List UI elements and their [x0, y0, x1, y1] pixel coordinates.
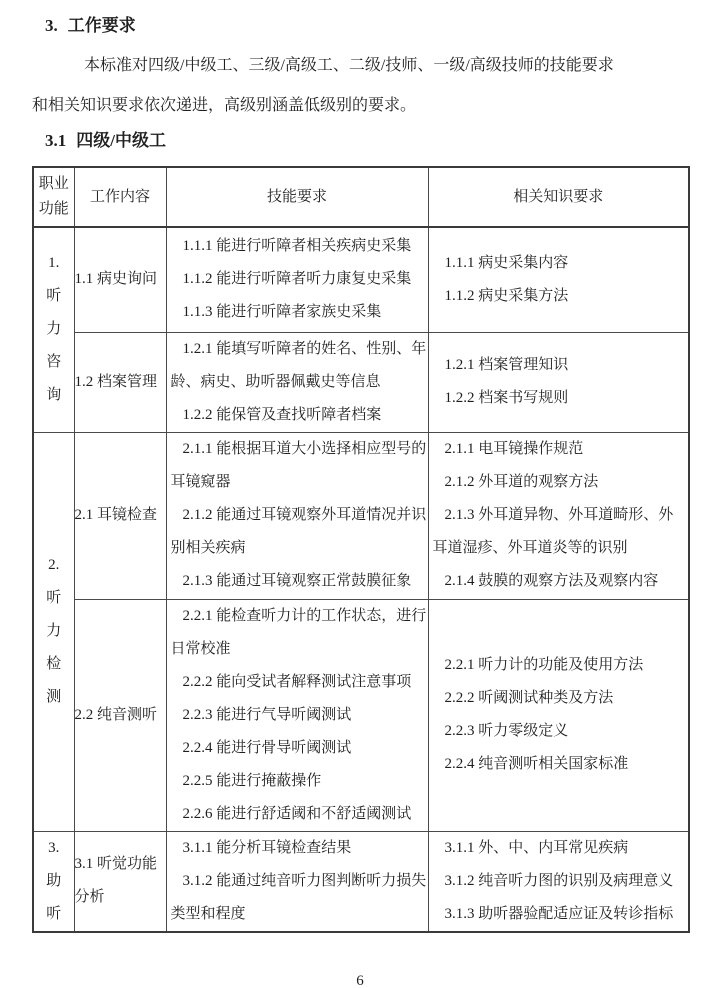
- skill-item: 1.1.3 能进行听障者家族史采集: [167, 296, 428, 329]
- knowledge-item: 2.1.1 电耳镜操作规范: [429, 433, 689, 466]
- function-char: 听: [34, 280, 74, 313]
- table-row: 2. 听 力 检 测 2.1 耳镜检查 2.1.1 能根据耳道大小选择相应型号的…: [33, 432, 689, 599]
- function-char: 听: [34, 582, 74, 615]
- table-row: 3. 助 听 3.1 听觉功能分析 3.1.1 能分析耳镜检查结果 3.1.2 …: [33, 831, 689, 932]
- skill-item: 2.2.3 能进行气导听阈测试: [167, 699, 428, 732]
- function-char: 询: [34, 379, 74, 412]
- subsection-heading-number: 3.1: [45, 131, 66, 150]
- knowledge-item: 1.2.1 档案管理知识: [429, 349, 689, 382]
- table-row: 1. 听 力 咨 询 1.1 病史询问 1.1.1 能进行听障者相关疾病史采集 …: [33, 227, 689, 332]
- skill-item: 2.2.6 能进行舒适阈和不舒适阈测试: [167, 798, 428, 831]
- header-knowledge-requirements: 相关知识要求: [428, 167, 689, 227]
- knowledge-item: 1.2.2 档案书写规则: [429, 382, 689, 415]
- function-char: 力: [34, 313, 74, 346]
- knowledge-item: 2.1.4 鼓膜的观察方法及观察内容: [429, 565, 689, 598]
- knowledge-item: 2.2.1 听力计的功能及使用方法: [429, 649, 689, 682]
- skills-cell-2-1: 2.1.1 能根据耳道大小选择相应型号的耳镜窥器 2.1.2 能通过耳镜观察外耳…: [166, 432, 428, 599]
- skills-cell-3-1: 3.1.1 能分析耳镜检查结果 3.1.2 能通过纯音听力图判断听力损失类型和程…: [166, 831, 428, 932]
- skill-item: 2.2.5 能进行掩蔽操作: [167, 765, 428, 798]
- knowledge-item: 2.1.3 外耳道异物、外耳道畸形、外耳道湿疹、外耳道炎等的识别: [429, 499, 689, 565]
- function-cell-2: 2. 听 力 检 测: [33, 432, 74, 831]
- knowledge-item: 3.1.1 外、中、内耳常见疾病: [429, 832, 689, 865]
- skills-cell-1-1: 1.1.1 能进行听障者相关疾病史采集 1.1.2 能进行听障者听力康复史采集 …: [166, 227, 428, 332]
- knowledge-cell-2-1: 2.1.1 电耳镜操作规范 2.1.2 外耳道的观察方法 2.1.3 外耳道异物…: [428, 432, 689, 599]
- function-number: 2.: [34, 549, 74, 582]
- function-number: 1.: [34, 247, 74, 280]
- requirements-table: 职业功能 工作内容 技能要求 相关知识要求 1. 听 力 咨 询 1.1 病史询…: [32, 166, 690, 933]
- section-heading: 3.工作要求: [45, 14, 688, 38]
- skill-item: 2.2.1 能检查听力计的工作状态，进行日常校准: [167, 600, 428, 666]
- function-char: 力: [34, 615, 74, 648]
- knowledge-cell-3-1: 3.1.1 外、中、内耳常见疾病 3.1.2 纯音听力图的识别及病理意义 3.1…: [428, 831, 689, 932]
- document-page: 3.工作要求 本标准对四级/中级工、三级/高级工、二级/技师、一级/高级技师的技…: [0, 0, 720, 988]
- task-cell-1-2: 1.2 档案管理: [74, 332, 166, 432]
- header-work-content: 工作内容: [74, 167, 166, 227]
- skill-item: 3.1.1 能分析耳镜检查结果: [167, 832, 428, 865]
- function-cell-1: 1. 听 力 咨 询: [33, 227, 74, 432]
- knowledge-cell-1-1: 1.1.1 病史采集内容 1.1.2 病史采集方法: [428, 227, 689, 332]
- skill-item: 2.1.1 能根据耳道大小选择相应型号的耳镜窥器: [167, 433, 428, 499]
- skill-item: 2.1.2 能通过耳镜观察外耳道情况并识别相关疾病: [167, 499, 428, 565]
- table-header-row: 职业功能 工作内容 技能要求 相关知识要求: [33, 167, 689, 227]
- subsection-heading: 3.1四级/中级工: [45, 128, 688, 154]
- function-cell-3: 3. 助 听: [33, 831, 74, 932]
- section-heading-number: 3.: [45, 16, 58, 35]
- knowledge-cell-1-2: 1.2.1 档案管理知识 1.2.2 档案书写规则: [428, 332, 689, 432]
- intro-paragraph: 本标准对四级/中级工、三级/高级工、二级/技师、一级/高级技师的技能要求 和相关…: [32, 46, 688, 126]
- function-char: 听: [34, 898, 74, 931]
- skill-item: 1.1.1 能进行听障者相关疾病史采集: [167, 230, 428, 263]
- header-skill-requirements: 技能要求: [166, 167, 428, 227]
- task-cell-3-1: 3.1 听觉功能分析: [74, 831, 166, 932]
- function-char: 测: [34, 681, 74, 714]
- skills-cell-1-2: 1.2.1 能填写听障者的姓名、性别、年龄、病史、助听器佩戴史等信息 1.2.2…: [166, 332, 428, 432]
- knowledge-item: 2.2.2 听阈测试种类及方法: [429, 682, 689, 715]
- skill-item: 2.2.2 能向受试者解释测试注意事项: [167, 666, 428, 699]
- subsection-heading-title: 四级/中级工: [76, 131, 166, 150]
- table-row: 2.2 纯音测听 2.2.1 能检查听力计的工作状态，进行日常校准 2.2.2 …: [33, 599, 689, 831]
- skill-item: 2.1.3 能通过耳镜观察正常鼓膜征象: [167, 565, 428, 598]
- function-char: 检: [34, 648, 74, 681]
- header-occupational-function: 职业功能: [33, 167, 74, 227]
- knowledge-item: 1.1.2 病史采集方法: [429, 280, 689, 313]
- intro-line-1: 本标准对四级/中级工、三级/高级工、二级/技师、一级/高级技师的技能要求: [32, 46, 688, 86]
- knowledge-item: 2.2.4 纯音测听相关国家标准: [429, 748, 689, 781]
- skill-item: 1.2.2 能保管及查找听障者档案: [167, 399, 428, 432]
- skill-item: 1.1.2 能进行听障者听力康复史采集: [167, 263, 428, 296]
- knowledge-item: 2.2.3 听力零级定义: [429, 715, 689, 748]
- intro-line-2: 和相关知识要求依次递进，高级别涵盖低级别的要求。: [32, 86, 688, 126]
- knowledge-item: 1.1.1 病史采集内容: [429, 247, 689, 280]
- knowledge-item: 3.1.3 助听器验配适应证及转诊指标: [429, 898, 689, 931]
- skill-item: 2.2.4 能进行骨导听阈测试: [167, 732, 428, 765]
- task-cell-2-2: 2.2 纯音测听: [74, 599, 166, 831]
- task-cell-2-1: 2.1 耳镜检查: [74, 432, 166, 599]
- table-row: 1.2 档案管理 1.2.1 能填写听障者的姓名、性别、年龄、病史、助听器佩戴史…: [33, 332, 689, 432]
- function-char: 咨: [34, 346, 74, 379]
- knowledge-item: 2.1.2 外耳道的观察方法: [429, 466, 689, 499]
- knowledge-item: 3.1.2 纯音听力图的识别及病理意义: [429, 865, 689, 898]
- page-number: 6: [32, 973, 688, 988]
- function-char: 助: [34, 865, 74, 898]
- skills-cell-2-2: 2.2.1 能检查听力计的工作状态，进行日常校准 2.2.2 能向受试者解释测试…: [166, 599, 428, 831]
- knowledge-cell-2-2: 2.2.1 听力计的功能及使用方法 2.2.2 听阈测试种类及方法 2.2.3 …: [428, 599, 689, 831]
- skill-item: 1.2.1 能填写听障者的姓名、性别、年龄、病史、助听器佩戴史等信息: [167, 333, 428, 399]
- section-heading-title: 工作要求: [68, 16, 136, 35]
- task-cell-1-1: 1.1 病史询问: [74, 227, 166, 332]
- skill-item: 3.1.2 能通过纯音听力图判断听力损失类型和程度: [167, 865, 428, 931]
- function-number: 3.: [34, 832, 74, 865]
